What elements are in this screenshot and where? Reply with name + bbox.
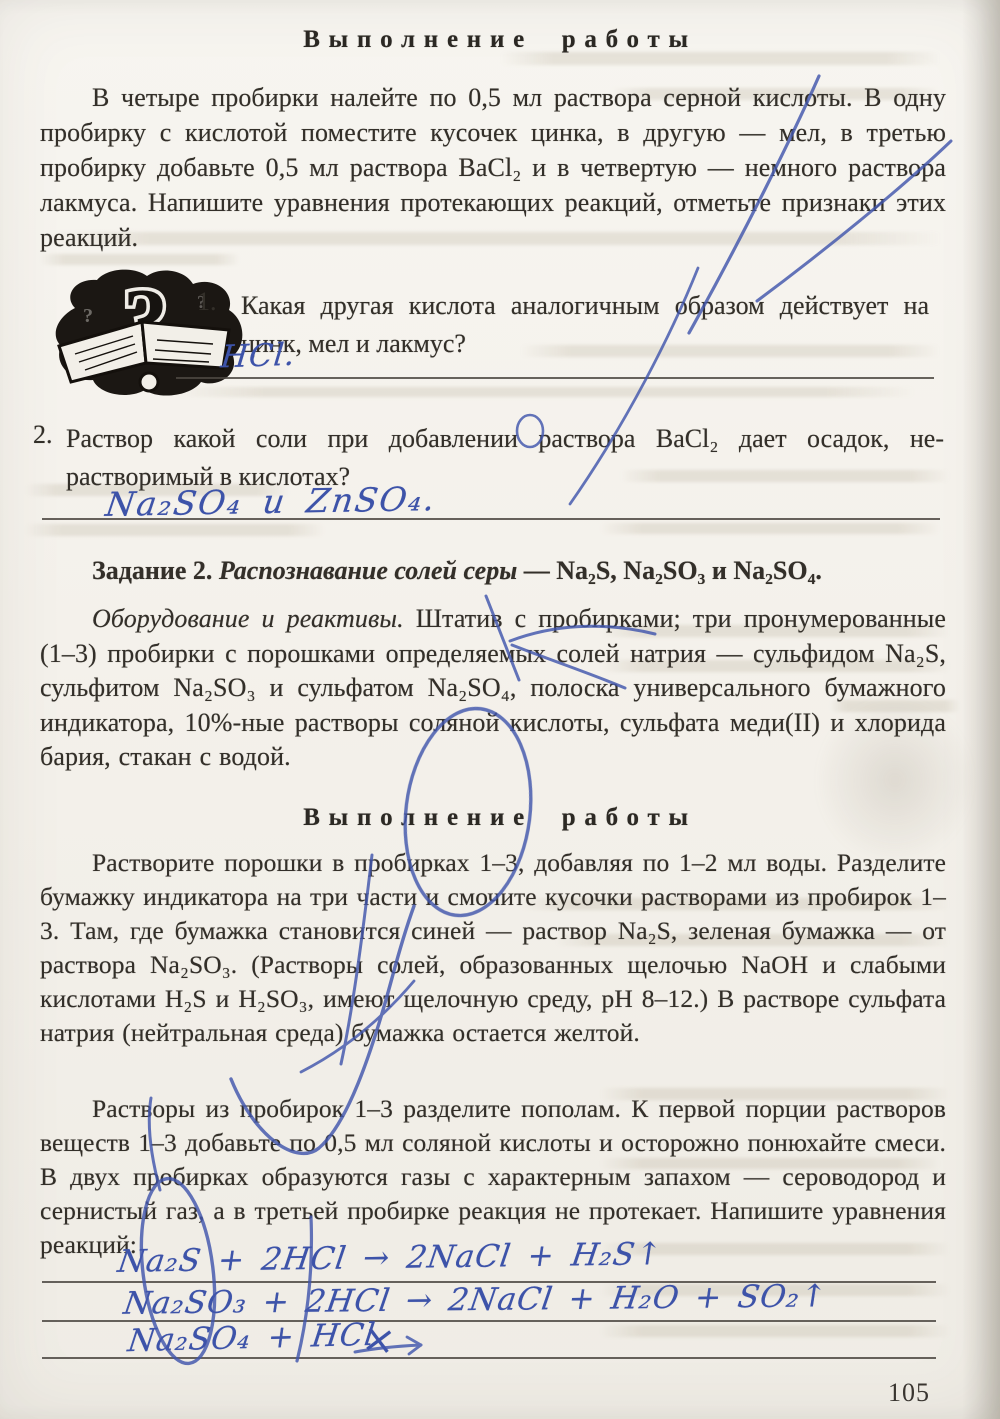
- task-2-heading: Задание 2. Распознавание солей серы — Na…: [92, 556, 822, 586]
- bleed-through: [600, 523, 940, 534]
- handwritten-equation-2: Na₂SO₃ + 2HCl → 2NaCl + H₂O + SO₂↑: [121, 1278, 829, 1321]
- procedure-paragraph-1: Растворите порошки в пробирках 1–3, доба…: [40, 846, 946, 1050]
- equipment-lead-in: Оборудование и реактивы.: [92, 604, 404, 633]
- question-1-text: Какая другая кислота аналогичным образом…: [241, 287, 929, 363]
- answer-line-2: [42, 518, 940, 520]
- bleed-through: [40, 254, 240, 265]
- question-mark-dot: [140, 373, 158, 391]
- bleed-through: [25, 524, 325, 536]
- bleed-through: [600, 1325, 950, 1337]
- section-heading-execution-top: Выполнение работы: [0, 26, 1000, 54]
- procedure-paragraph-2: Растворы из пробирок 1–3 разделите попол…: [40, 1092, 946, 1262]
- handwritten-answer-1: HCl.: [219, 337, 297, 376]
- question-2-number: 2.: [33, 420, 53, 450]
- page-number: 105: [888, 1378, 930, 1408]
- question-mark-small: ?: [83, 305, 93, 327]
- answer-line-5: [42, 1357, 936, 1359]
- handwritten-equation-1: Na₂S + 2HCl → 2NaCl + H₂S↑: [115, 1236, 665, 1280]
- bleed-through: [175, 387, 915, 397]
- workbook-page-scan: Выполнение работы В четыре пробирки нале…: [0, 0, 1000, 1419]
- answer-line-1: [176, 377, 934, 379]
- task-2-label: Задание 2.: [92, 556, 212, 585]
- page-edge-shadow: [962, 0, 1000, 1419]
- task-2-salts: — Na₂S, Na₂SO₃ и Na₂SO₄.: [517, 556, 822, 585]
- task-2-title: Распознавание солей серы: [212, 556, 517, 585]
- handwritten-equation-3: Na₂SO₄ + HCl: [126, 1317, 378, 1360]
- question-1-number: 1.: [197, 287, 217, 317]
- equipment-paragraph: Оборудование и реактивы. Штатив с пробир…: [40, 602, 946, 775]
- section-heading-execution-mid: Выполнение работы: [0, 804, 1000, 832]
- intro-paragraph: В четыре пробирки налейте по 0,5 мл раст…: [40, 80, 946, 255]
